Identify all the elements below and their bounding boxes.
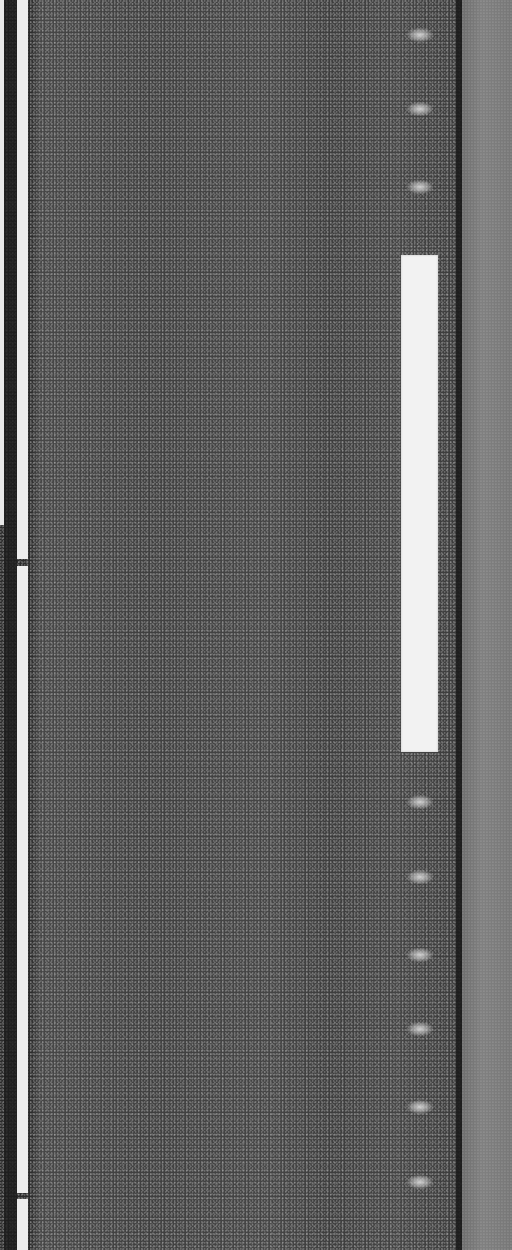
- worn-dash-marking: [407, 1022, 433, 1036]
- asphalt-surface: [0, 0, 462, 1250]
- left-thin-line: [0, 0, 4, 525]
- worn-dash-marking: [407, 1175, 433, 1189]
- worn-dash-marking: [407, 948, 433, 962]
- left-edge-line-segment: [17, 0, 28, 559]
- worn-dash-marking: [407, 870, 433, 884]
- worn-dash-marking: [407, 102, 433, 116]
- worn-dash-marking: [407, 1100, 433, 1114]
- road-shoulder: [462, 0, 512, 1250]
- right-solid-lane-marking: [401, 255, 438, 752]
- worn-dash-marking: [407, 180, 433, 194]
- road-scene: [0, 0, 512, 1250]
- left-edge-line-segment: [17, 566, 28, 1193]
- left-edge-line-segment: [17, 1199, 28, 1250]
- worn-dash-marking: [407, 795, 433, 809]
- worn-dash-marking: [407, 28, 433, 42]
- left-dark-strip: [4, 0, 17, 1250]
